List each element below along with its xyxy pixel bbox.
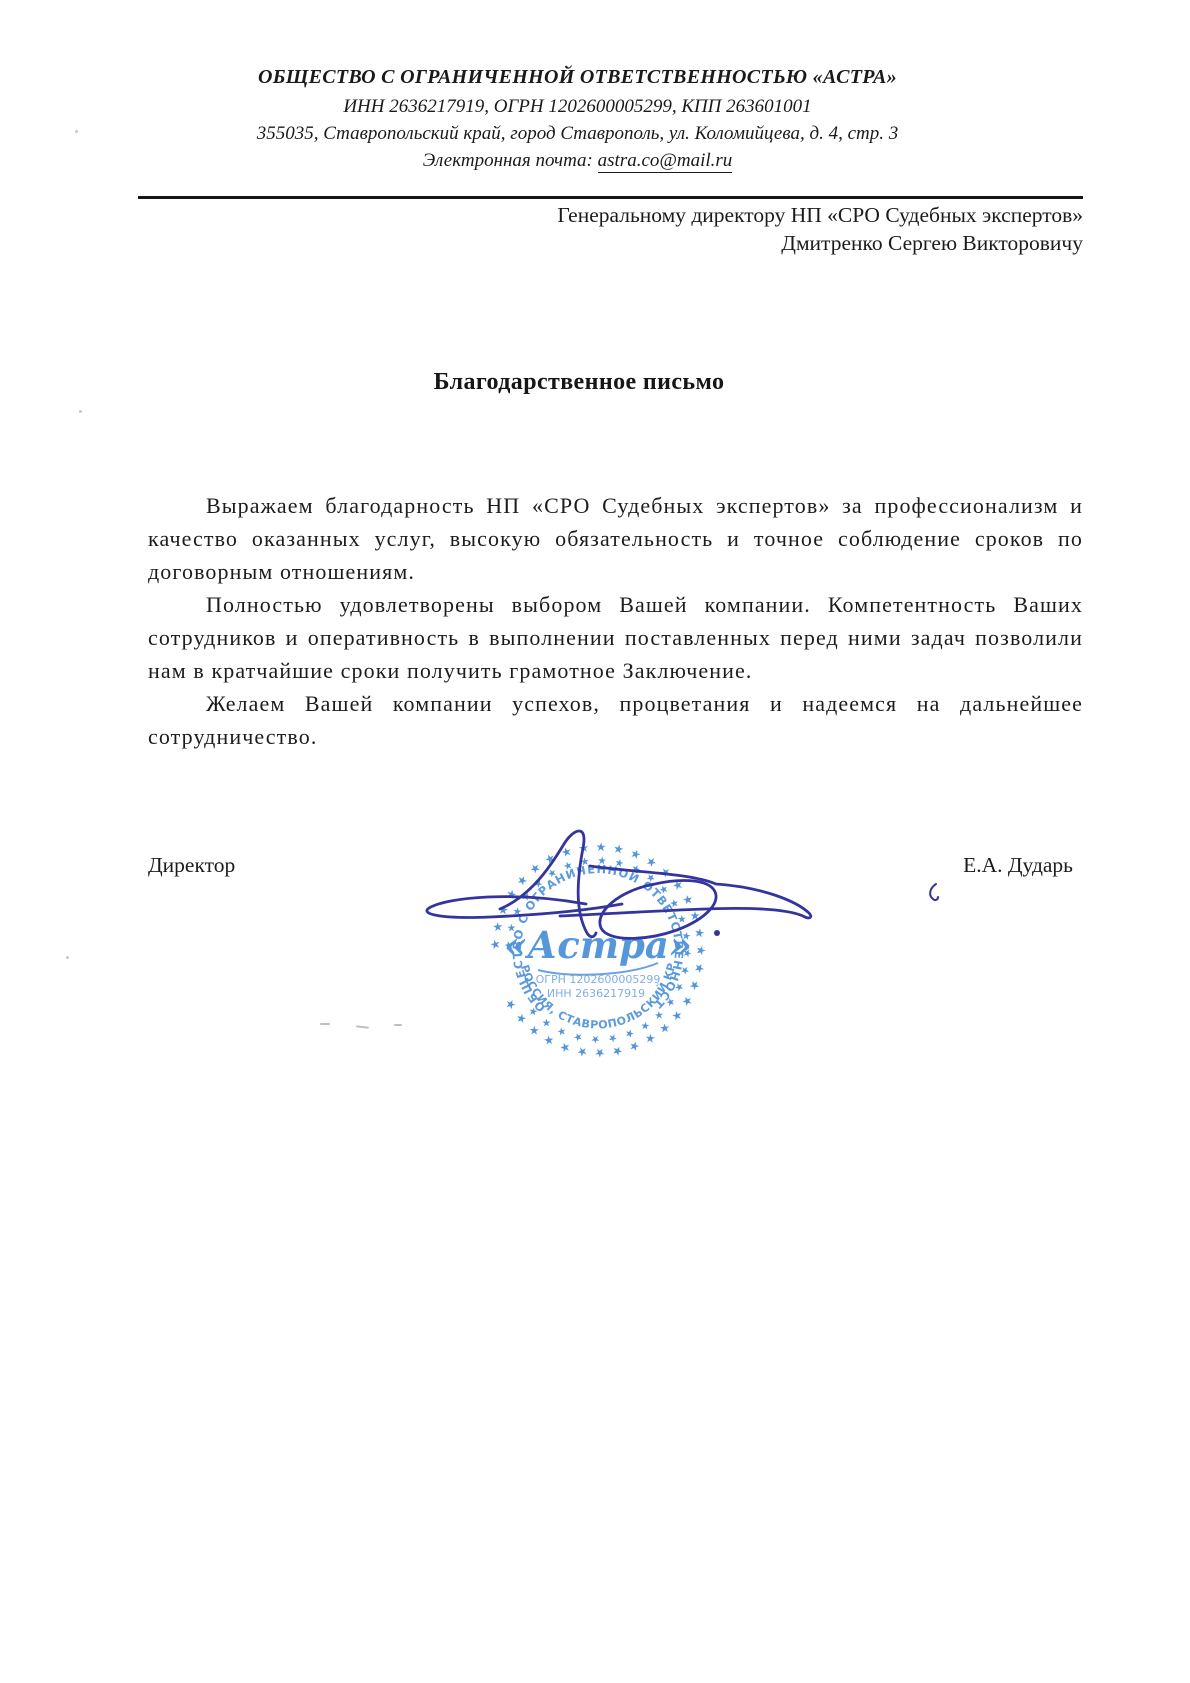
company-email-line: Электронная почта: astra.co@mail.ru [0,150,1155,172]
stamp-name-flourish [538,963,658,975]
handwritten-signature [427,831,938,938]
company-address: 355035, Ставропольский край, город Ставр… [0,123,1155,145]
signature-stroke [560,866,811,918]
scan-artifact [75,130,78,133]
scan-artifact [356,1025,369,1028]
scan-artifact [320,1023,330,1025]
stamp-outer-star-ring: ★ ★ ★ ★ ★ ★ ★ ★ ★ ★ ★ ★ ★ ★ ★ ★ ★ ★ ★ ★ … [488,840,708,1060]
paragraph: Полностью удовлетворены выбором Вашей ко… [148,588,1083,687]
signature-ink-dot [714,930,720,936]
signer-role-label: Директор [148,853,235,878]
company-name: ОБЩЕСТВО С ОГРАНИЧЕННОЙ ОТВЕТСТВЕННОСТЬЮ… [0,66,1155,89]
signature-stroke [427,897,622,918]
signature-stroke [500,831,596,937]
company-requisites: ИНН 2636217919, ОГРН 1202600005299, КПП … [0,96,1155,118]
letterhead: ОБЩЕСТВО С ОГРАНИЧЕННОЙ ОТВЕТСТВЕННОСТЬЮ… [0,66,1155,177]
addressee-line2: Дмитренко Сергею Викторовичу [557,229,1083,257]
letter-body: Выражаем благодарность НП «СРО Судебных … [148,489,1083,753]
stamp-inner-star-ring: ★ ★ ★ ★ ★ ★ ★ ★ ★ ★ ★ ★ ★ ★ ★ ★ ★ ★ ★ ★ … [503,855,693,1045]
scanned-letter-page: ОБЩЕСТВО С ОГРАНИЧЕННОЙ ОТВЕТСТВЕННОСТЬЮ… [0,0,1190,1683]
scan-artifact [79,410,82,413]
stamp-bottom-arc-text: РОССИЯ, СТАВРОПОЛЬСКИЙ КРАЙ [518,940,679,1032]
stamp-inn: ИНН 2636217919 [547,987,645,1000]
header-divider-line [138,196,1083,199]
addressee-line1: Генеральному директору НП «СРО Судебных … [557,201,1083,229]
email-label: Электронная почта: [423,150,598,171]
signature-stray-mark [930,884,938,900]
scan-artifact [394,1024,402,1026]
document-title: Благодарственное письмо [148,369,1010,396]
addressee-block: Генеральному директору НП «СРО Судебных … [557,201,1083,257]
scan-artifact [66,956,69,959]
stamp-ogrn: ОГРН 1202600005299 [536,973,661,986]
signature-stroke [600,880,716,938]
stamp-top-arc-text: ОБЩЕСТВО С ОГРАНИЧЕННОЙ ОТВЕТСТВЕННОСТЬЮ [510,862,686,1015]
stamp-company-name: «Астра» [504,923,692,967]
email-address: astra.co@mail.ru [598,150,733,173]
company-stamp: ★ ★ ★ ★ ★ ★ ★ ★ ★ ★ ★ ★ ★ ★ ★ ★ ★ ★ ★ ★ … [488,840,708,1060]
paragraph: Желаем Вашей компании успехов, процветан… [148,687,1083,753]
paragraph: Выражаем благодарность НП «СРО Судебных … [148,489,1083,588]
signer-name: Е.А. Дударь [963,853,1073,878]
